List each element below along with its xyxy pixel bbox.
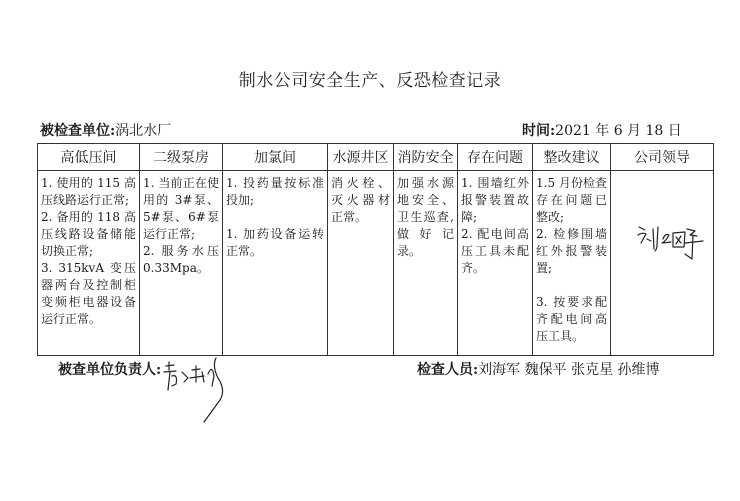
header-chlorination-room: 加氯间 (223, 144, 328, 171)
responsible-signature-icon (160, 356, 240, 426)
cell-text: 2. 备用的 118 高压线路设备储能切换正常; (41, 209, 136, 260)
cell-fire-safety: 加强水源地安全、卫生巡查,做好记录。 (394, 171, 458, 356)
cell-text: 1. 围墙红外报警装置故障; (461, 175, 529, 226)
cell-text: 1. 使用的 115 高压线路运行正常; (41, 175, 136, 209)
header-fire-safety: 消防安全 (394, 144, 458, 171)
cell-text: 1. 投药量按标准投加; (226, 175, 324, 209)
document-title: 制水公司安全生产、反恐检查记录 (0, 66, 740, 91)
cell-chlorination-room: 1. 投药量按标准投加; 1. 加药设备运转正常。 (223, 171, 328, 356)
cell-company-leader (611, 171, 714, 356)
header-existing-problems: 存在问题 (458, 144, 533, 171)
table-header-row: 高低压间 二级泵房 加氯间 水源井区 消防安全 存在问题 整改建议 公司领导 (38, 144, 714, 171)
header-rectification-suggestions: 整改建议 (533, 144, 611, 171)
cell-high-low-voltage: 1. 使用的 115 高压线路运行正常; 2. 备用的 118 高压线路设备储能… (38, 171, 140, 356)
inspectors-label: 检查人员: (417, 362, 478, 378)
cell-text: 2. 服务水压 0.33Mpa。 (143, 243, 219, 277)
header-high-low-voltage: 高低压间 (38, 144, 140, 171)
inspected-unit-value: 涡北水厂 (115, 123, 171, 139)
inspection-date: 时间:2021 年 6 月 18 日 (522, 120, 682, 140)
cell-text: 3. 按要求配齐配电间高压工具。 (536, 294, 607, 345)
cell-text: 3. 315kvA 变压器两台及控制柜变频柜电器设备运行正常。 (41, 260, 136, 328)
inspectors-names: 刘海军 魏保平 张克星 孙维博 (478, 362, 659, 378)
inspectors: 检查人员:刘海军 魏保平 张克星 孙维博 (417, 359, 660, 379)
cell-text: 1.5 月份检查存在问题已整改; (536, 175, 607, 226)
table-row: 1. 使用的 115 高压线路运行正常; 2. 备用的 118 高压线路设备储能… (38, 171, 714, 356)
cell-text: 加强水源地安全、卫生巡查,做好记录。 (397, 175, 454, 260)
cell-text: 1. 加药设备运转正常。 (226, 226, 324, 260)
cell-text: 消火栓、灭火器材正常。 (331, 175, 390, 226)
header-secondary-pump-room: 二级泵房 (140, 144, 223, 171)
header-water-source-well: 水源井区 (328, 144, 394, 171)
responsible-person: 被查单位负责人: (58, 359, 161, 379)
date-value: 2021 年 6 月 18 日 (555, 123, 682, 139)
inspected-unit-label: 被检查单位: (40, 123, 115, 139)
cell-text: 2. 配电间高压工具未配齐。 (461, 226, 529, 277)
inspected-unit: 被检查单位:涡北水厂 (40, 120, 171, 140)
cell-existing-problems: 1. 围墙红外报警装置故障; 2. 配电间高压工具未配齐。 (458, 171, 533, 356)
cell-rectification-suggestions: 1.5 月份检查存在问题已整改; 2. 检修围墙红外报警装置; 3. 按要求配齐… (533, 171, 611, 356)
cell-water-source-well: 消火栓、灭火器材正常。 (328, 171, 394, 356)
header-company-leader: 公司领导 (611, 144, 714, 171)
leader-signature-icon (635, 221, 705, 266)
responsible-label: 被查单位负责人: (58, 362, 161, 378)
cell-text: 2. 检修围墙红外报警装置; (536, 226, 607, 277)
inspection-record-table: 高低压间 二级泵房 加氯间 水源井区 消防安全 存在问题 整改建议 公司领导 1… (37, 143, 714, 356)
cell-secondary-pump-room: 1. 当前正在使用的 3#泵、5#泵、6#泵运行正常; 2. 服务水压 0.33… (140, 171, 223, 356)
date-label: 时间: (522, 123, 555, 139)
cell-text: 1. 当前正在使用的 3#泵、5#泵、6#泵运行正常; (143, 175, 219, 243)
